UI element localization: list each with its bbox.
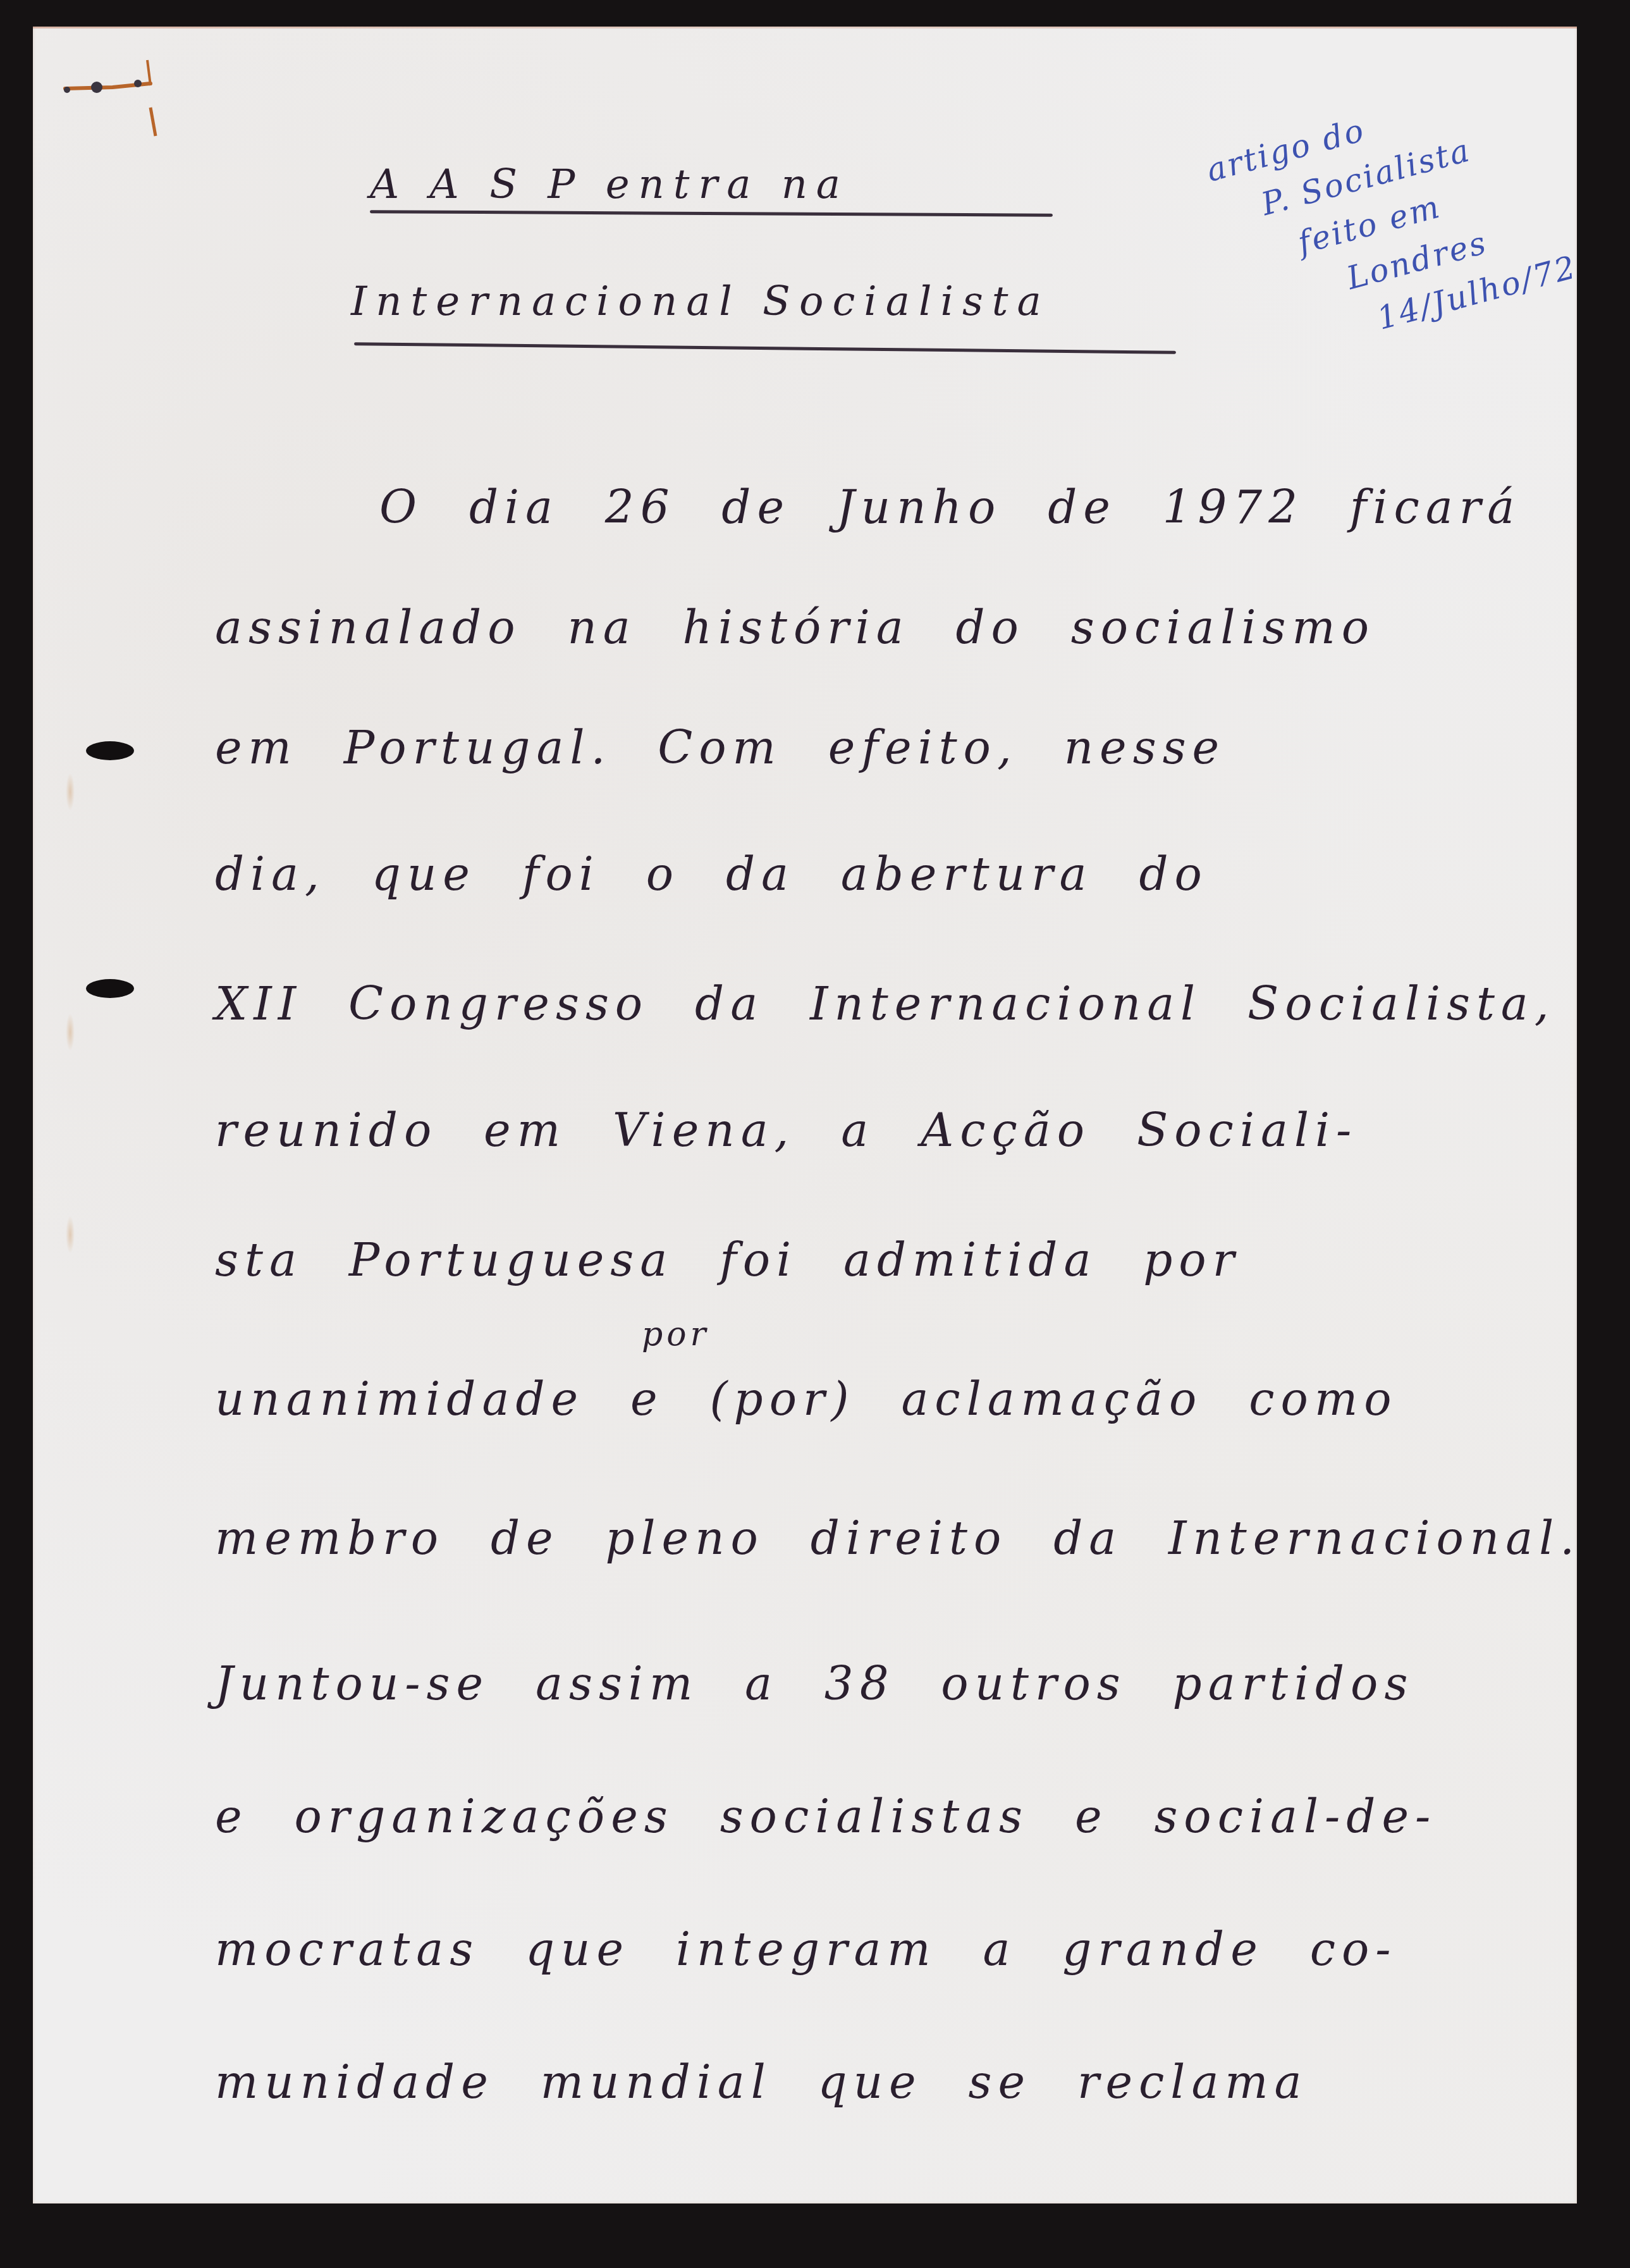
- body-line: em Portugal. Com efeito, nesse: [215, 721, 1225, 774]
- body-line: e organizações socialistas e social-de-: [215, 1790, 1437, 1843]
- body-line: munidade mundial que se reclama: [215, 2055, 1308, 2109]
- body-line: reunido em Viena, a Acção Sociali-: [215, 1104, 1357, 1157]
- inserted-word: por: [642, 1316, 709, 1353]
- body-line: Juntou-se assim a 38 outros partidos: [215, 1657, 1414, 1710]
- body-line: sta Portuguesa foi admitida por: [215, 1233, 1241, 1286]
- body-line: O dia 26 de Junho de 1972 ficará: [379, 481, 1521, 534]
- body-line: mocratas que integram a grande co-: [215, 1923, 1397, 1976]
- title-line-2: Internacional Socialista: [351, 278, 1050, 325]
- rust-stain: [66, 773, 75, 811]
- body-line: unanimidade e (por) aclamação como: [215, 1372, 1398, 1426]
- body-line: assinalado na história do socialismo: [215, 601, 1375, 654]
- body-line: XII Congresso da Internacional Socialist…: [215, 977, 1555, 1030]
- staple-mark-icon: [62, 51, 163, 139]
- punch-hole: [86, 741, 134, 760]
- body-line: membro de pleno direito da Internacional…: [215, 1512, 1581, 1565]
- title-line-1: A A S P entra na: [370, 161, 849, 208]
- punch-hole: [86, 979, 134, 998]
- body-line: dia, que foi o da abertura do: [215, 847, 1208, 901]
- rust-stain: [66, 1216, 75, 1254]
- rust-stain: [66, 1013, 75, 1051]
- paper-top-edge: [33, 27, 1577, 28]
